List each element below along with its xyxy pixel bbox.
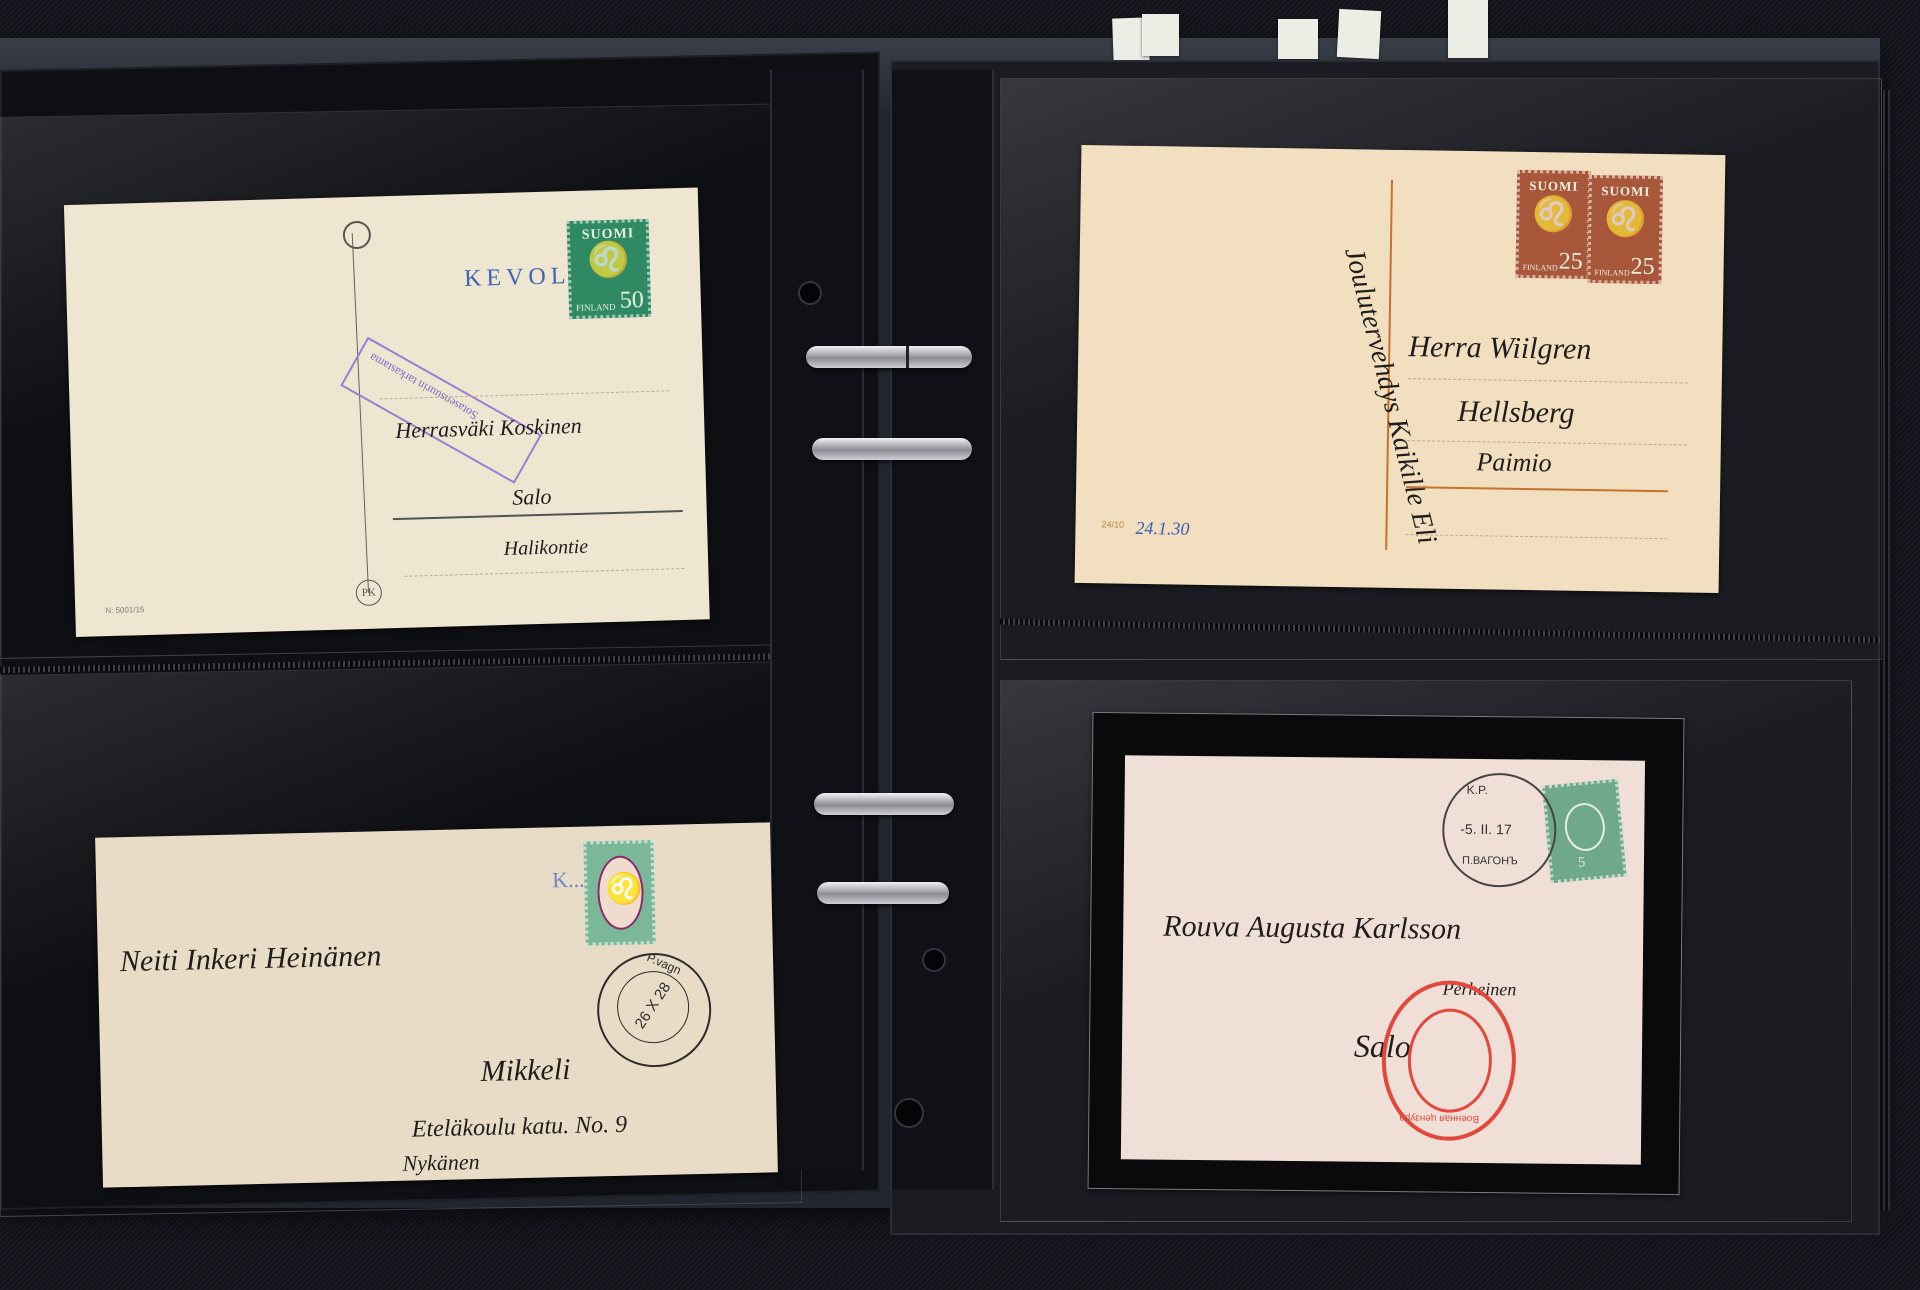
- censor-box-stamp: Sotasensuurin tarkastama: [340, 337, 542, 484]
- address-line-1: Herrasväki Koskinen: [395, 413, 582, 444]
- address-line: [1405, 534, 1667, 539]
- postmark: P.vagn 26 X 28: [596, 952, 713, 1069]
- lion-emblem-icon: ♌: [587, 239, 630, 280]
- stamp-country-bottom: FINLAND: [1594, 268, 1629, 278]
- postcard-top-left[interactable]: PK N: 5001/15 KEVOLA SUOMI ♌ FINLAND50 S…: [64, 187, 710, 637]
- stamp-value: 25: [1630, 256, 1654, 278]
- stamp-1: SUOMI ♌ FINLAND25: [1515, 170, 1591, 279]
- address-line: [1407, 440, 1687, 445]
- binder-rivet: [896, 1100, 922, 1126]
- right-page-binding-strip: [890, 70, 994, 1190]
- postmark-bottom: П.ВАГОНЪ: [1462, 855, 1518, 868]
- address-line-1: Rouva Augusta Karlsson: [1163, 910, 1461, 947]
- ring-joint: [906, 346, 909, 368]
- lion-emblem-icon: ♌: [1604, 199, 1647, 240]
- postmark: K.P. -5. II. 17 П.ВАГОНЪ: [1442, 773, 1557, 888]
- lion-emblem-icon: ♌: [1532, 194, 1575, 235]
- publisher-mark: PK: [356, 579, 383, 606]
- postmark-top: K.P.: [1467, 783, 1488, 797]
- binder-ring: [806, 346, 972, 368]
- stamp-country: SUOMI: [1592, 178, 1660, 200]
- address-line-2: Salo: [512, 484, 552, 511]
- stamp-value: 5: [1578, 855, 1586, 872]
- binder-ring: [817, 882, 949, 904]
- address-line-3: Halikontie: [503, 536, 588, 561]
- pencil-note: 24.1.30: [1135, 518, 1189, 540]
- censor-text: Sotasensuurin tarkastama: [367, 350, 481, 423]
- stamp: SUOMI ♌ FINLAND50: [567, 219, 652, 319]
- small-note: 24/10: [1101, 519, 1124, 529]
- binder-ring: [812, 438, 972, 460]
- index-tab[interactable]: [1337, 9, 1381, 59]
- postcard-top-right[interactable]: SUOMI ♌ FINLAND25 SUOMI ♌ FINLAND25 Joul…: [1075, 145, 1726, 593]
- punch-hole: [924, 950, 944, 970]
- censor-circle-stamp: Военная цензура: [1381, 980, 1517, 1141]
- address-rule: [393, 510, 683, 520]
- postmark-date: -5. II. 17: [1460, 821, 1512, 838]
- address-line-1: Herra Wiilgren: [1408, 330, 1592, 367]
- stamp: ♌: [583, 840, 655, 946]
- address-line-1: Neiti Inkeri Heinänen: [120, 939, 382, 979]
- censor-text: Военная цензура: [1399, 1112, 1479, 1124]
- stamp-value: 50: [620, 289, 645, 312]
- address-line: [1408, 378, 1688, 383]
- publisher-logo-icon: [342, 221, 371, 250]
- address-line-2: Hellsberg: [1457, 395, 1575, 431]
- index-tab[interactable]: [1448, 0, 1488, 58]
- divider-line: [352, 233, 369, 593]
- address-line-3: Paimio: [1476, 447, 1552, 478]
- stamp-country-bottom: FINLAND: [576, 302, 616, 313]
- stamp-2: SUOMI ♌ FINLAND25: [1587, 175, 1663, 284]
- stamp-country: SUOMI: [1520, 173, 1588, 195]
- stamp-value: 25: [1559, 250, 1583, 272]
- envelope-bottom-left[interactable]: ♌ K... P.vagn 26 X 28 Neiti Inkeri Heinä…: [95, 822, 778, 1187]
- stamp-country-bottom: FINLAND: [1523, 263, 1558, 273]
- catalog-text: N: 5001/15: [105, 605, 144, 615]
- address-rule: [1406, 486, 1668, 492]
- address-line: [404, 568, 684, 577]
- envelope-bottom-right[interactable]: 5 K.P. -5. II. 17 П.ВАГОНЪ Rouva Augusta…: [1088, 712, 1685, 1195]
- index-tab[interactable]: [1142, 14, 1179, 56]
- address-line-2: Mikkeli: [480, 1053, 571, 1089]
- punch-hole: [800, 283, 820, 303]
- address-line-4: Nykänen: [402, 1149, 480, 1177]
- envelope-face: 5 K.P. -5. II. 17 П.ВАГОНЪ Rouva Augusta…: [1121, 755, 1645, 1164]
- place-cancel: K...: [552, 867, 585, 894]
- left-page-binding-strip: [770, 70, 864, 1170]
- address-line-3: Eteläkoulu katu. No. 9: [412, 1112, 628, 1144]
- lion-emblem-icon: ♌: [605, 871, 643, 907]
- binder-ring: [814, 793, 954, 815]
- index-tab[interactable]: [1278, 19, 1318, 59]
